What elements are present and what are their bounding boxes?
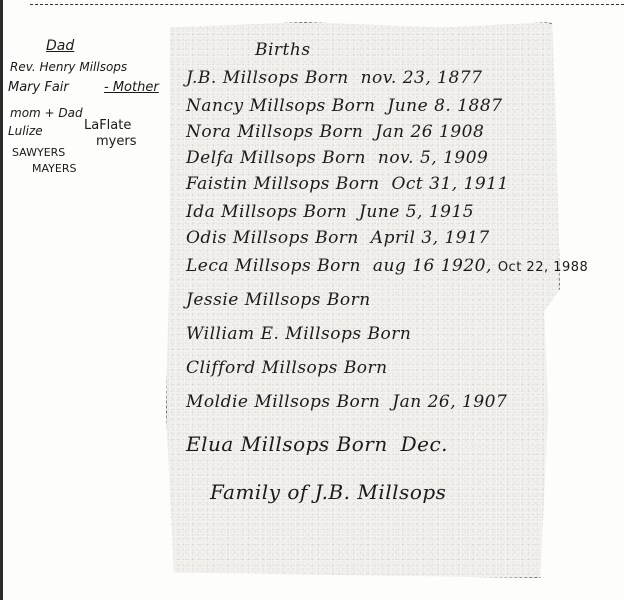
entry-name: Leca Millsops [186,256,311,276]
entry-name: Nancy Millsops [186,96,326,116]
entry-name: J.B. Millsops [186,68,299,88]
entry-born: Born [337,392,381,412]
entry-date: June 8. 1887 [387,96,502,116]
entry-born: Born [315,228,359,248]
entry-born: Born [317,256,361,276]
entry-name: Jessie Millsops [186,290,321,310]
entry-row: Jessie Millsops Born [186,290,377,310]
entry-date: Dec. [401,432,448,456]
top-border-line [30,4,624,6]
entry-date: Oct 31, 1911 [391,174,508,194]
entry-born: Born [336,174,380,194]
entry-row: Odis Millsops Born April 3, 1917 [186,228,490,248]
entry-date: nov. 23, 1877 [361,68,483,88]
laflate-note: LaFlate [84,118,131,133]
entry-row: Moldie Millsops Born Jan 26, 1907 [186,392,507,412]
entry-date: Jan 26, 1907 [392,392,507,412]
entry-row: Leca Millsops Born aug 16 1920, Oct 22, … [186,256,588,276]
dad-name: Rev. Henry Millsops [10,60,127,74]
entry-born: Born [303,202,347,222]
entry-born: Born [319,122,363,142]
record-footer: Family of J.B. Millsops [210,480,446,504]
entry-name: William E. Millsops [186,324,362,344]
sawyers-note: SAWYERS [12,146,65,159]
mother-label: - Mother [104,80,159,95]
scanned-page: Dad Rev. Henry Millsops Mary Fair - Moth… [0,0,624,600]
lulize-note: Lulize [8,124,43,138]
entry-row: Elua Millsops Born Dec. [186,432,448,456]
entry-name: Clifford Millsops [186,358,338,378]
entry-born: Born [327,290,371,310]
entry-born: Born [305,68,349,88]
entry-row: Nancy Millsops Born June 8. 1887 [186,96,502,116]
entry-name: Moldie Millsops [186,392,331,412]
entry-row: J.B. Millsops Born nov. 23, 1877 [186,68,482,88]
entry-row: Delfa Millsops Born nov. 5, 1909 [186,148,488,168]
mom-dad-label: mom + Dad [10,106,83,120]
entry-name: Faistin Millsops [186,174,330,194]
entry-born: Born [337,432,388,456]
entry-name: Odis Millsops [186,228,309,248]
entry-date: Jan 26 1908 [375,122,484,142]
entry-name: Ida Millsops [186,202,297,222]
entry-row: Clifford Millsops Born [186,358,394,378]
record-title: Births [255,40,311,60]
entry-death-date: Oct 22, 1988 [498,260,589,275]
entry-date: April 3, 1917 [371,228,490,248]
mayers-note: MAYERS [32,162,76,175]
left-border-line [0,0,3,600]
entry-row: William E. Millsops Born [186,324,417,344]
entry-name: Elua Millsops [186,432,330,456]
entry-name: Delfa Millsops [186,148,316,168]
entry-row: Nora Millsops Born Jan 26 1908 [186,122,484,142]
entry-date: June 5, 1915 [359,202,474,222]
mother-name: Mary Fair [8,80,69,95]
entry-row: Ida Millsops Born June 5, 1915 [186,202,474,222]
entry-row: Faistin Millsops Born Oct 31, 1911 [186,174,509,194]
entry-date: aug 16 1920, [373,256,492,276]
entry-born: Born [344,358,388,378]
entry-date: nov. 5, 1909 [378,148,488,168]
entry-born: Born [322,148,366,168]
dad-label: Dad [46,38,74,54]
myers-note: myers [96,134,136,149]
entry-born: Born [368,324,412,344]
entry-born: Born [332,96,376,116]
entry-name: Nora Millsops [186,122,314,142]
